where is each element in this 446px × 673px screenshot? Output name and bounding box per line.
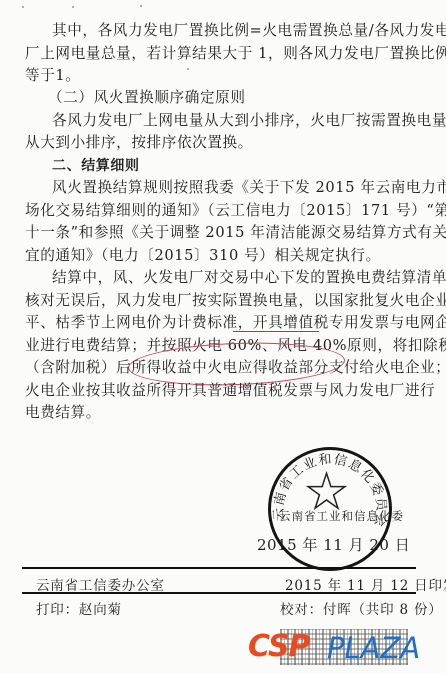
body-text-line: 电费结算。 — [25, 402, 415, 424]
section-heading: 二、结算细则 — [52, 155, 415, 177]
watermark-logo-plaza: PLAZA — [327, 633, 420, 663]
document-page: 其中，各风力发电厂置换比例=火电需置换总量/各风力发电 厂上网电量总量，若计算结… — [0, 0, 446, 673]
annotation-underline — [233, 331, 319, 332]
body-text-line: 场化交易结算细则的通知》（云工信电力〔2015〕171 号）“第三 — [25, 200, 415, 222]
body-text-line: 宜的通知》（电力〔2015〕310 号）相关规定执行。 — [25, 245, 415, 267]
seal-inner-text: 云南省工业和信息化委 — [279, 508, 383, 524]
body-text-line: 其中，各风力发电厂置换比例=火电需置换总量/各风力发电 — [52, 20, 415, 42]
scan-speck — [22, 6, 24, 8]
watermark-logo-csp: CSP — [248, 631, 310, 663]
body-text-line: （含附加税）后所得收益中火电应得收益部分支付给火电企业； — [25, 357, 415, 379]
footer-rule-top — [22, 567, 416, 569]
issuer-office: 云南省工信委办公室 — [36, 574, 165, 594]
body-text-line: 十一条”和参照《关于调整 2015 年清洁能源交易结算方式有关事 — [25, 222, 415, 244]
signature-date: 2015 年 11 月 20 日 — [257, 534, 407, 555]
body-text-line: 厂上网电量总量，若计算结果大于 1，则各风力发电厂置换比例 — [25, 43, 415, 65]
body-text-line: 结算中，风、火发电厂对交易中心下发的置换电费结算清单 — [52, 267, 415, 289]
body-text-line: 平、枯季节上网电价为计费标准，开具增值税专用发票与电网企 — [25, 312, 415, 334]
body-text-line: 各风力发电厂上网电量从大到小排序，火电厂按需置换电量 — [52, 110, 415, 132]
body-text-line: 从大到小排序，按排序依次置换。 — [25, 132, 415, 154]
printer-name: 打印：赵向菊 — [36, 598, 122, 618]
scan-speck — [72, 6, 74, 8]
proofreader-info: 校对：付晖（共印 8 份） — [280, 598, 443, 618]
body-text-line: 核对无误后，风力发电厂按实际置换电量，以国家批复火电企业 — [25, 290, 415, 312]
footer-rule-bottom — [22, 592, 416, 594]
scan-speck — [140, 5, 142, 7]
body-text-line: 风火置换结算规则按照我委《关于下发 2015 年云南电力市 — [52, 177, 415, 199]
section-subheading: （二）风火置换顺序确定原则 — [48, 87, 411, 109]
body-text-line: 等于1。 — [25, 65, 415, 87]
body-text-line: 火电企业按其收益所得开具普通增值税发票与风力发电厂进行 — [25, 380, 415, 402]
issue-date: 2015 年 11 月 12 日印发 — [285, 574, 446, 594]
